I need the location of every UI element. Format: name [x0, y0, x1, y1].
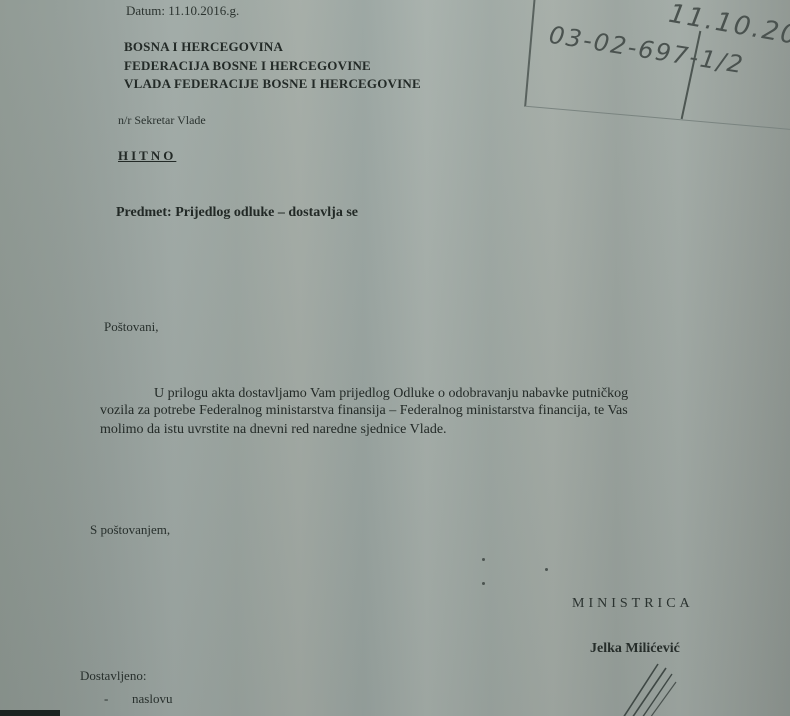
closing: S poštovanjem,: [90, 522, 170, 538]
addressee-line-2: FEDERACIJA BOSNE I HERCEGOVINE: [124, 58, 371, 74]
edge-shadow: [0, 710, 60, 716]
ink-spot: [545, 568, 548, 571]
addressee-line-3: VLADA FEDERACIJE BOSNE I HERCEGOVINE: [124, 76, 421, 92]
ink-spot: [482, 558, 485, 561]
recipient-name: naslovu: [132, 691, 172, 706]
urgency-label: HITNO: [118, 148, 176, 164]
attention-line: n/r Sekretar Vlade: [118, 113, 206, 128]
body-line-1: U prilogu akta dostavljamo Vam prijedlog…: [154, 386, 628, 402]
document-date: Datum: 11.10.2016.g.: [126, 3, 239, 19]
delivered-recipient: -naslovu: [104, 691, 172, 707]
signatory-title: MINISTRICA: [572, 596, 694, 612]
subject-line: Predmet: Prijedlog odluke – dostavlja se: [116, 205, 358, 221]
body-line-2: vozila za potrebe Federalnog ministarstv…: [100, 403, 628, 419]
list-bullet: -: [104, 691, 132, 707]
delivered-label: Dostavljeno:: [80, 668, 146, 684]
signature-icon: [618, 660, 688, 716]
signatory-name: Jelka Milićević: [590, 641, 680, 657]
greeting: Poštovani,: [104, 319, 159, 335]
ink-spot: [482, 582, 485, 585]
addressee-line-1: BOSNA I HERCEGOVINA: [124, 39, 283, 55]
body-line-3: molimo da istu uvrstite na dnevni red na…: [100, 422, 447, 438]
